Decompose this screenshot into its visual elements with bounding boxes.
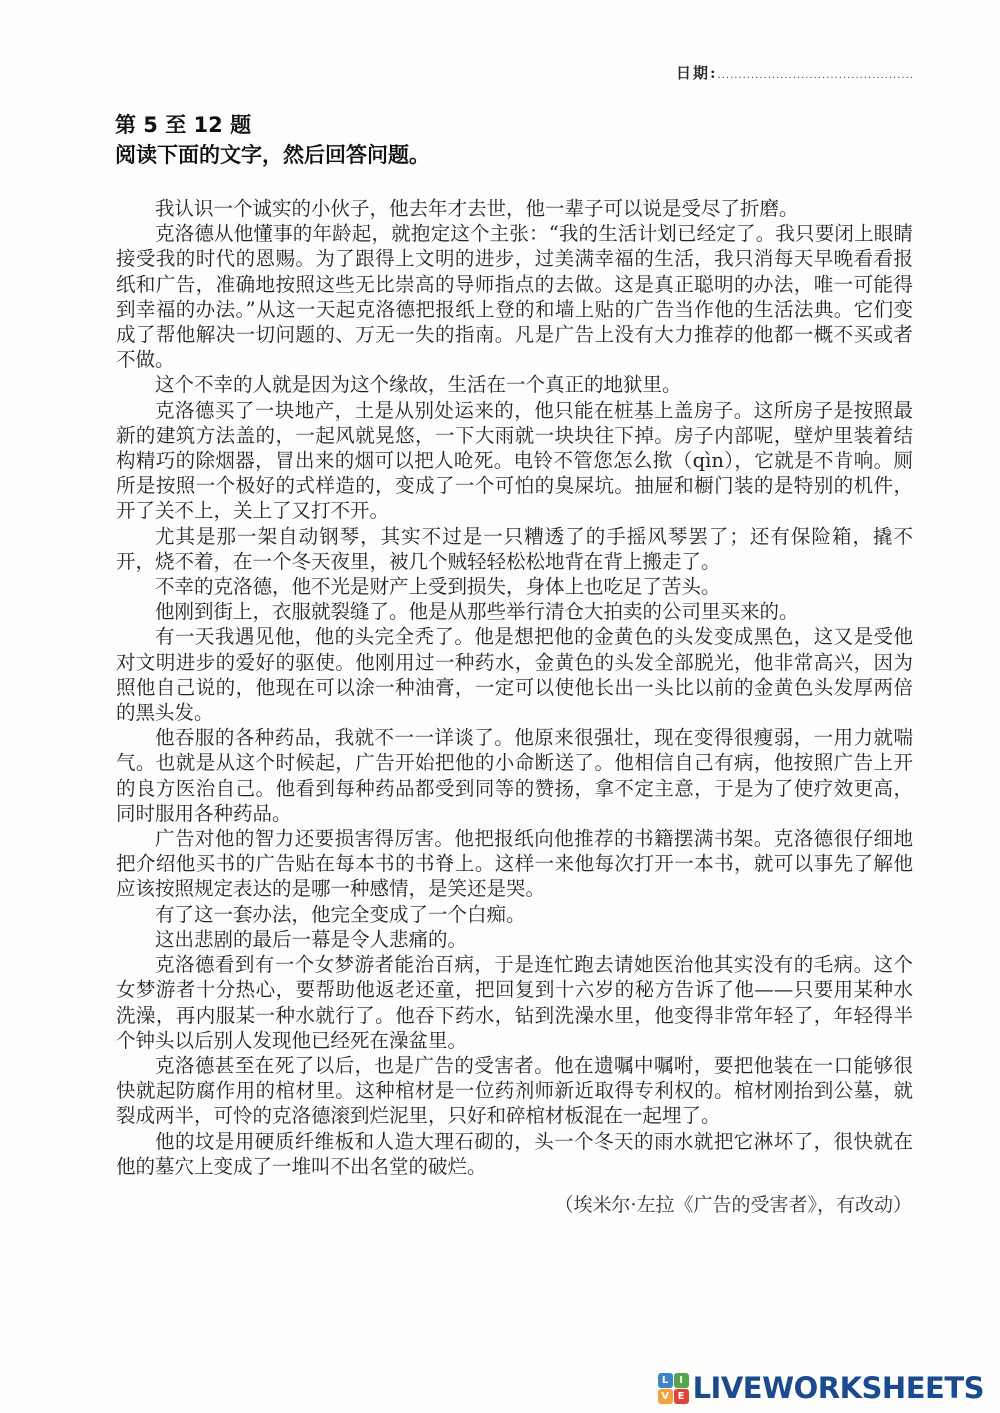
date-label: 日期:: [676, 62, 718, 83]
logo-tile-e: E: [674, 1389, 689, 1404]
passage-paragraph: 我认识一个诚实的小伙子，他去年才去世，他一辈子可以说是受尽了折磨。: [116, 196, 913, 221]
liveworksheets-logo[interactable]: L I V E LIVEWORKSHEETS: [658, 1371, 984, 1405]
passage-paragraph: 克洛德看到有一个女梦游者能治百病，于是连忙跑去请她医治他其实没有的毛病。这个女梦…: [116, 952, 913, 1053]
passage-paragraph: 有一天我遇见他，他的头完全秃了。他是想把他的金黄色的头发变成黑色，这又是受他对文…: [116, 624, 913, 725]
worksheet-page: 日期: ....................................…: [0, 0, 1000, 1413]
logo-tile-i: I: [674, 1373, 689, 1388]
logo-tile-l: L: [658, 1373, 673, 1388]
instruction-heading: 阅读下面的文字，然后回答问题。: [115, 140, 430, 170]
passage-paragraph: 他刚到街上，衣服就裂缝了。他是从那些举行清仓大拍卖的公司里买来的。: [116, 599, 913, 624]
date-row: 日期: ....................................…: [676, 62, 912, 83]
passage-paragraph: 他的坟是用硬质纤维板和人造大理石砌的，头一个冬天的雨水就把它淋坏了，很快就在他的…: [116, 1129, 913, 1179]
passage-paragraph: 不幸的克洛德，他不光是财产上受到损失，身体上也吃足了苦头。: [116, 574, 913, 599]
date-fill-line: ........................................…: [718, 70, 912, 83]
passage-paragraph: 克洛德甚至在死了以后，也是广告的受害者。他在遗嘱中嘱咐，要把他装在一口能够很快就…: [116, 1053, 913, 1129]
passage-paragraph: 有了这一套办法，他完全变成了一个白痴。: [116, 902, 913, 927]
passage-paragraph: 克洛德买了一块地产，土是从别处运来的，他只能在桩基上盖房子。这所房子是按照最新的…: [116, 398, 913, 524]
logo-tile-v: V: [658, 1389, 673, 1404]
title-block: 第 5 至 12 题 阅读下面的文字，然后回答问题。: [115, 110, 430, 170]
passage-paragraph: 尤其是那一架自动钢琴，其实不过是一只糟透了的手摇风琴罢了；还有保险箱，撬不开，烧…: [116, 524, 913, 574]
reading-passage: 我认识一个诚实的小伙子，他去年才去世，他一辈子可以说是受尽了折磨。 克洛德从他懂…: [116, 196, 913, 1179]
question-range-heading: 第 5 至 12 题: [115, 110, 430, 140]
passage-paragraph: 这个不幸的人就是因为这个缘故，生活在一个真正的地狱里。: [116, 372, 913, 397]
passage-paragraph: 克洛德从他懂事的年龄起，就抱定这个主张：“我的生活计划已经定了。我只要闭上眼睛接…: [116, 221, 913, 372]
passage-paragraph: 这出悲剧的最后一幕是令人悲痛的。: [116, 927, 913, 952]
liveworksheets-wordmark: LIVEWORKSHEETS: [693, 1371, 984, 1405]
passage-paragraph: 他吞服的各种药品，我就不一一详谈了。他原来很强壮，现在变得很瘦弱，一用力就喘气。…: [116, 725, 913, 826]
source-attribution: （埃米尔·左拉《广告的受害者》，有改动）: [554, 1190, 912, 1217]
passage-paragraph: 广告对他的智力还要损害得厉害。他把报纸向他推荐的书籍摆满书架。克洛德很仔细地把介…: [116, 826, 913, 902]
liveworksheets-logo-icon: L I V E: [658, 1373, 689, 1404]
